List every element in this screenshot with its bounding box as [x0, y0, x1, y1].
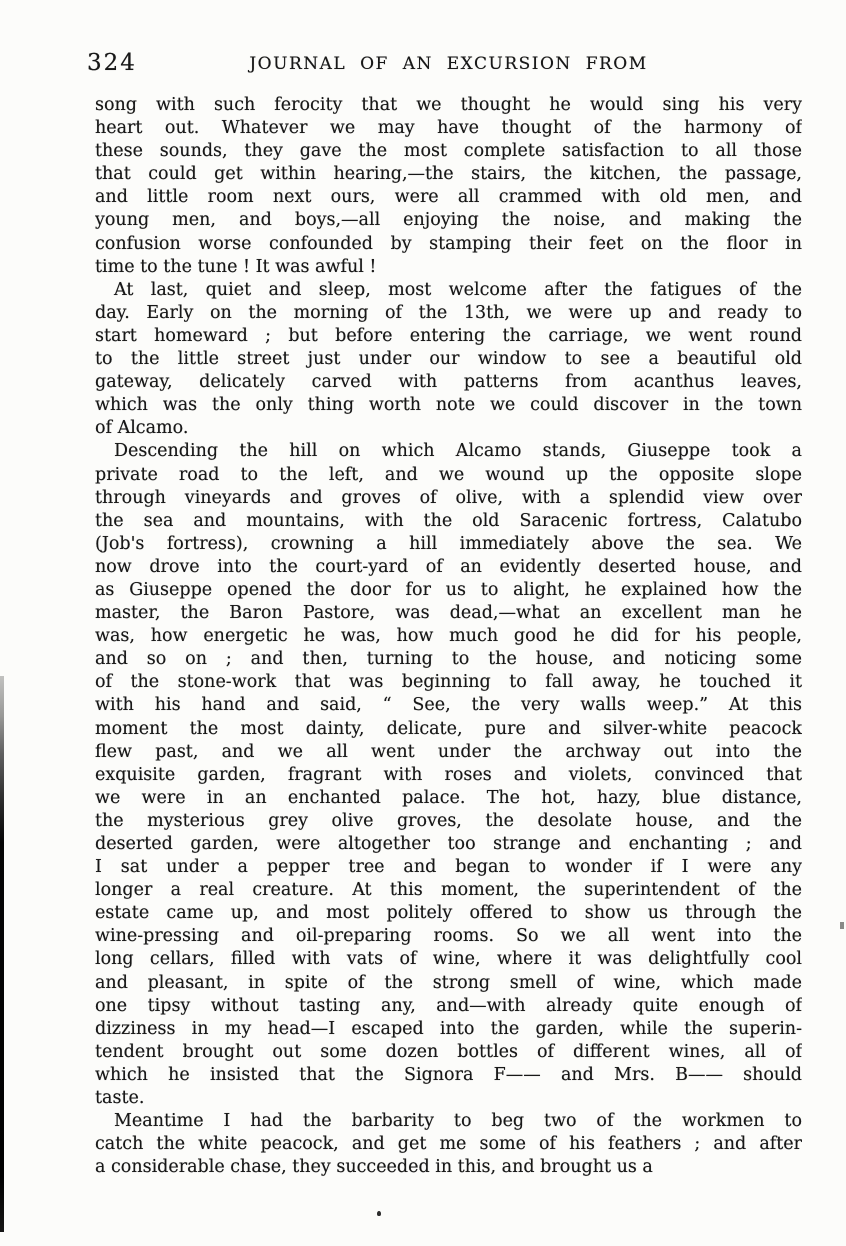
text-line: dizziness in my head—I escaped into the … — [95, 1018, 802, 1041]
text-line: private road to the left, and we wound u… — [95, 464, 802, 487]
ink-speck-right — [840, 922, 844, 929]
text-line: confusion worse confounded by stamping t… — [95, 233, 802, 256]
text-line: start homeward ; but before entering the… — [95, 325, 802, 348]
text-line: the mysterious grey olive groves, the de… — [95, 810, 802, 833]
text-line: Descending the hill on which Alcamo stan… — [95, 440, 802, 463]
text-line: one tipsy without tasting any, and—with … — [95, 995, 802, 1018]
text-line: young men, and boys,—all enjoying the no… — [95, 209, 802, 232]
running-title: JOURNAL OF AN EXCURSION FROM — [95, 54, 802, 74]
text-line: of the stone-work that was beginning to … — [95, 671, 802, 694]
book-page: 324 JOURNAL OF AN EXCURSION FROM song wi… — [0, 0, 846, 1246]
text-line: catch the white peacock, and get me some… — [95, 1133, 802, 1156]
text-line: At last, quiet and sleep, most welcome a… — [95, 279, 802, 302]
page-header: 324 JOURNAL OF AN EXCURSION FROM — [95, 48, 802, 82]
text-line: and little room next ours, were all cram… — [95, 186, 802, 209]
text-line: exquisite garden, fragrant with roses an… — [95, 764, 802, 787]
text-line: long cellars, filled with vats of wine, … — [95, 948, 802, 971]
text-line: that could get within hearing,—the stair… — [95, 163, 802, 186]
text-line: as Giuseppe opened the door for us to al… — [95, 579, 802, 602]
text-line: the sea and mountains, with the old Sara… — [95, 510, 802, 533]
text-line: of Alcamo. — [95, 417, 802, 440]
text-line: day. Early on the morning of the 13th, w… — [95, 302, 802, 325]
text-line: with his hand and said, “ See, the very … — [95, 694, 802, 717]
ink-speck — [377, 1211, 381, 1216]
text-line: Meantime I had the barbarity to beg two … — [95, 1110, 802, 1133]
text-line: heart out. Whatever we may have thought … — [95, 117, 802, 140]
text-line: I sat under a pepper tree and began to w… — [95, 856, 802, 879]
text-line: we were in an enchanted palace. The hot,… — [95, 787, 802, 810]
text-line: tendent brought out some dozen bottles o… — [95, 1041, 802, 1064]
text-line: gateway, delicately carved with patterns… — [95, 371, 802, 394]
text-line: these sounds, they gave the most complet… — [95, 140, 802, 163]
text-line: deserted garden, were altogether too str… — [95, 833, 802, 856]
text-line: estate came up, and most politely offere… — [95, 902, 802, 925]
text-line: moment the most dainty, delicate, pure a… — [95, 718, 802, 741]
text-line: which was the only thing worth note we c… — [95, 394, 802, 417]
text-line: taste. — [95, 1087, 802, 1110]
text-line: which he insisted that the Signora F—— a… — [95, 1064, 802, 1087]
page-body: song with such ferocity that we thought … — [95, 94, 802, 1179]
text-line: longer a real creature. At this moment, … — [95, 879, 802, 902]
text-line: and so on ; and then, turning to the hou… — [95, 648, 802, 671]
text-line: and pleasant, in spite of the strong sme… — [95, 972, 802, 995]
text-line: now drove into the court-yard of an evid… — [95, 556, 802, 579]
text-line: through vineyards and groves of olive, w… — [95, 487, 802, 510]
text-line: a considerable chase, they succeeded in … — [95, 1156, 802, 1179]
text-line: wine-pressing and oil-preparing rooms. S… — [95, 925, 802, 948]
text-line: master, the Baron Pastore, was dead,—wha… — [95, 602, 802, 625]
scan-artifact-left-edge — [0, 676, 4, 1232]
text-line: time to the tune ! It was awful ! — [95, 256, 802, 279]
text-line: flew past, and we all went under the arc… — [95, 741, 802, 764]
text-line: to the little street just under our wind… — [95, 348, 802, 371]
text-line: (Job's fortress), crowning a hill immedi… — [95, 533, 802, 556]
text-line: was, how energetic he was, how much good… — [95, 625, 802, 648]
text-line: song with such ferocity that we thought … — [95, 94, 802, 117]
